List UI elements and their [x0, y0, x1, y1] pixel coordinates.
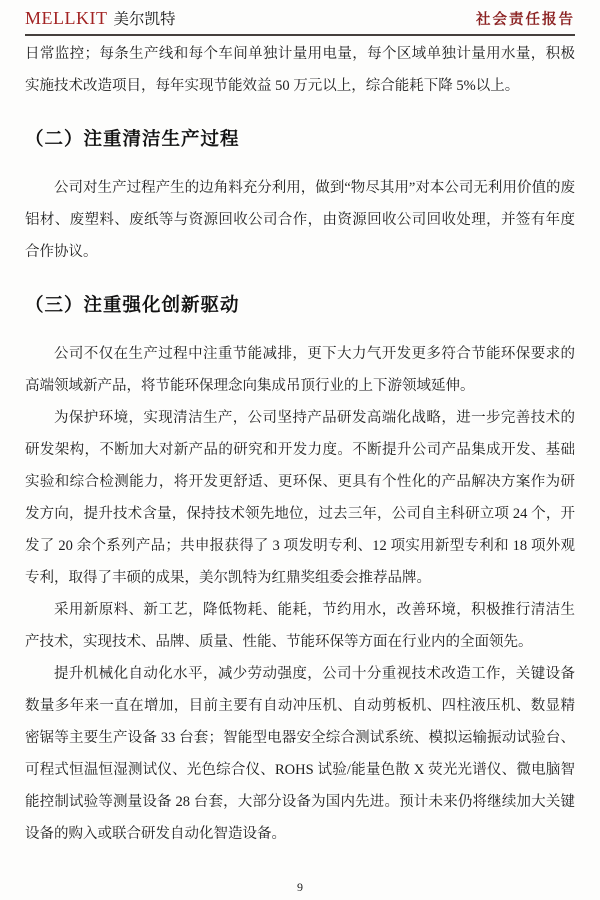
document-title: 社会责任报告 [476, 8, 575, 29]
page-number: 9 [0, 880, 600, 895]
company-logo-latin: MELLKIT [25, 8, 107, 29]
section-heading-3: （三）注重强化创新驱动 [25, 289, 575, 321]
paragraph: 公司对生产过程产生的边角料充分利用，做到“物尽其用”对本公司无利用价值的废铝材、… [25, 172, 575, 268]
company-logo: MELLKIT 美尔凯特 [25, 7, 176, 29]
paragraph: 提升机械化自动化水平，减少劳动强度，公司十分重视技术改造工作，关键设备数量多年来… [25, 658, 575, 850]
paragraph: 公司不仅在生产过程中注重节能减排，更下大力气开发更多符合节能环保要求的高端领域新… [25, 338, 575, 402]
paragraph-continuation: 日常监控；每条生产线和每个车间单独计量用电量，每个区域单独计量用水量，积极实施技… [25, 38, 575, 102]
section-heading-2: （二）注重清洁生产过程 [25, 123, 575, 155]
paragraph: 采用新原料、新工艺，降低物耗、能耗，节约用水，改善环境，积极推行清洁生产技术，实… [25, 594, 575, 658]
page-content: 日常监控；每条生产线和每个车间单独计量用电量，每个区域单独计量用水量，积极实施技… [25, 38, 575, 850]
page-header: MELLKIT 美尔凯特 社会责任报告 [25, 7, 575, 36]
paragraph: 为保护环境，实现清洁生产，公司坚持产品研发高端化战略，进一步完善技术的研发架构，… [25, 402, 575, 594]
company-logo-chinese: 美尔凯特 [113, 7, 175, 29]
report-page: MELLKIT 美尔凯特 社会责任报告 日常监控；每条生产线和每个车间单独计量用… [0, 0, 600, 900]
